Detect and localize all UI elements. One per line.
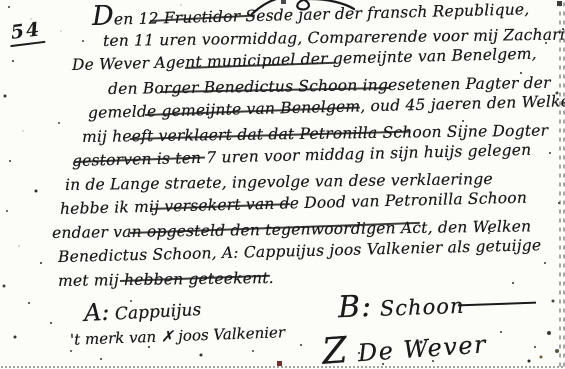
signature-flourish-dash bbox=[458, 302, 536, 307]
scan-artifact-square bbox=[277, 361, 282, 366]
signature-cappuijus: A: Cappuijus bbox=[83, 293, 201, 327]
signature-schoon: B: Schoon bbox=[337, 286, 464, 325]
scanned-death-record-page: 54 Den 12 Fructidor Sesde jaer der frans… bbox=[0, 0, 565, 369]
act-body-text: Den 12 Fructidor Sesde jaer der fransch … bbox=[0, 5, 565, 293]
scan-speckle-noise bbox=[0, 0, 2, 2]
bottom-dotted-strip bbox=[0, 365, 565, 369]
signature-witness-mark: 't merk van ✗ joos Valkenier bbox=[70, 323, 286, 348]
signature-de-wever: Z De Wever bbox=[321, 320, 488, 369]
